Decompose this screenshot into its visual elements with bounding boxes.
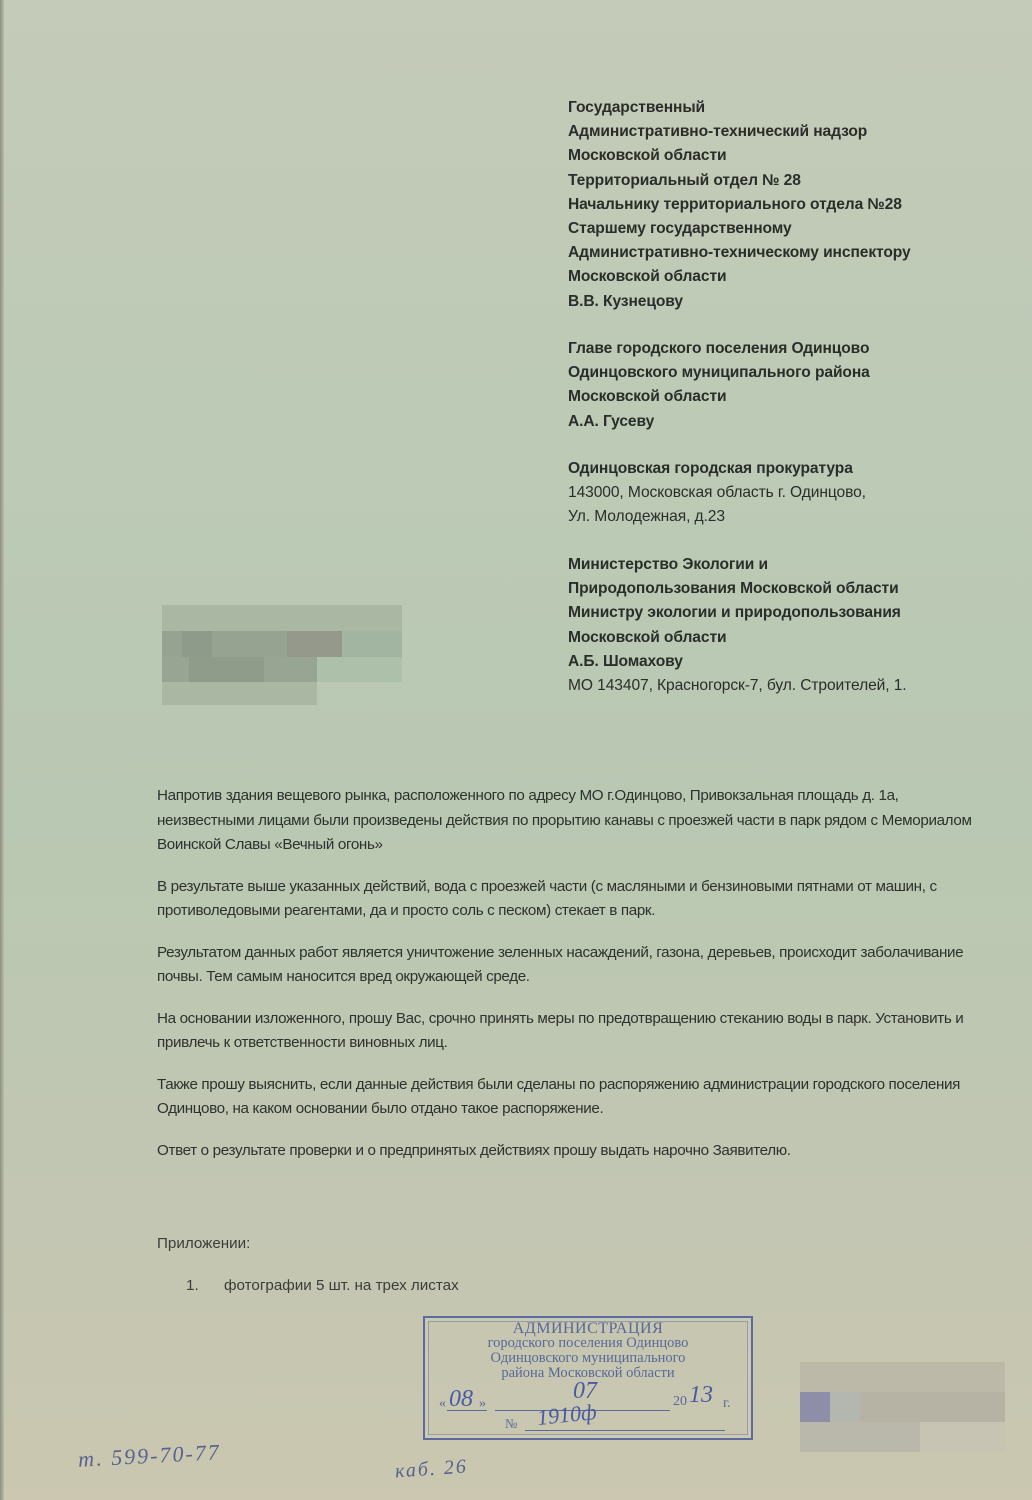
body-paragraph: Напротив здания вещевого рынка, располож… [157, 784, 977, 858]
redacted-signature [800, 1362, 1005, 1452]
recipient-line: Московской области [568, 144, 911, 168]
recipient-line: А.Б. Шомахову [568, 650, 907, 674]
recipient-line: Московской области [568, 385, 870, 409]
recipient-line: Министру экологии и природопользования [568, 601, 907, 625]
recipient-line: Административно-техническому инспектору [568, 241, 911, 265]
recipient-block-head-of-settlement: Главе городского поселения ОдинцовоОдинц… [568, 337, 870, 434]
stamp-year-prefix: 20 [673, 1394, 687, 1410]
recipient-line: МО 143407, Красногорск-7, бул. Строителе… [568, 674, 907, 698]
recipient-block-ministry-ecology: Министерство Экологии иПриродопользовани… [568, 553, 907, 698]
recipient-line: Начальнику территориального отдела №28 [568, 193, 911, 217]
appendix-item-number: 1. [186, 1277, 224, 1294]
recipient-line: Московской области [568, 626, 907, 650]
recipient-line: Государственный [568, 96, 911, 120]
recipient-line: 143000, Московская область г. Одинцово, [568, 481, 866, 505]
body-paragraph: Ответ о результате проверки и о предприн… [157, 1139, 977, 1164]
recipient-block-prosecutor: Одинцовская городская прокуратура143000,… [568, 457, 866, 530]
appendix-item-text: фотографии 5 шт. на трех листах [224, 1277, 459, 1294]
body-paragraph: Результатом данных работ является уничто… [157, 941, 977, 990]
recipient-line: Одинцовского муниципального района [568, 361, 870, 385]
body-paragraph: На основании изложенного, прошу Вас, сро… [157, 1007, 977, 1056]
registration-stamp: АДМИНИСТРАЦИЯ городского поселения Одинц… [423, 1316, 753, 1440]
recipient-line: В.В. Кузнецову [568, 290, 911, 314]
page-edge [0, 0, 4, 1500]
recipient-line: Московской области [568, 265, 911, 289]
stamp-year-unit: г. [723, 1396, 731, 1412]
recipient-line: Главе городского поселения Одинцово [568, 337, 870, 361]
stamp-number-row: № 1910ф [505, 1416, 517, 1432]
handwritten-room-note: каб. 26 [394, 1455, 468, 1483]
recipient-line: Одинцовская городская прокуратура [568, 457, 866, 481]
appendix-title: Приложении: [157, 1235, 250, 1252]
recipient-line: Административно-технический надзор [568, 120, 911, 144]
recipient-line: Министерство Экологии и [568, 553, 907, 577]
body-paragraph: Также прошу выяснить, если данные действ… [157, 1073, 977, 1122]
handwritten-phone-note: т. 599-70-77 [77, 1439, 221, 1472]
recipient-block-gatn: ГосударственныйАдминистративно-техническ… [568, 96, 911, 314]
recipient-line: Старшему государственному [568, 217, 911, 241]
body-paragraph: В результате выше указанных действий, во… [157, 875, 977, 924]
recipient-line: Ул. Молодежная, д.23 [568, 505, 866, 529]
complaint-body: Напротив здания вещевого рынка, располож… [157, 784, 977, 1180]
stamp-day: 08 [449, 1386, 473, 1413]
stamp-number-label: № [505, 1416, 517, 1431]
stamp-day-underline [447, 1410, 487, 1411]
recipient-line: Территориальный отдел № 28 [568, 169, 911, 193]
redacted-sender-info [162, 605, 402, 705]
recipient-line: А.А. Гусеву [568, 410, 870, 434]
appendix-item: 1.фотографии 5 шт. на трех листах [186, 1277, 459, 1294]
recipient-line: Природопользования Московской области [568, 577, 907, 601]
stamp-year-suffix: 13 [689, 1382, 713, 1409]
stamp-number-underline [525, 1430, 725, 1431]
stamp-quote-open: « [439, 1396, 446, 1412]
